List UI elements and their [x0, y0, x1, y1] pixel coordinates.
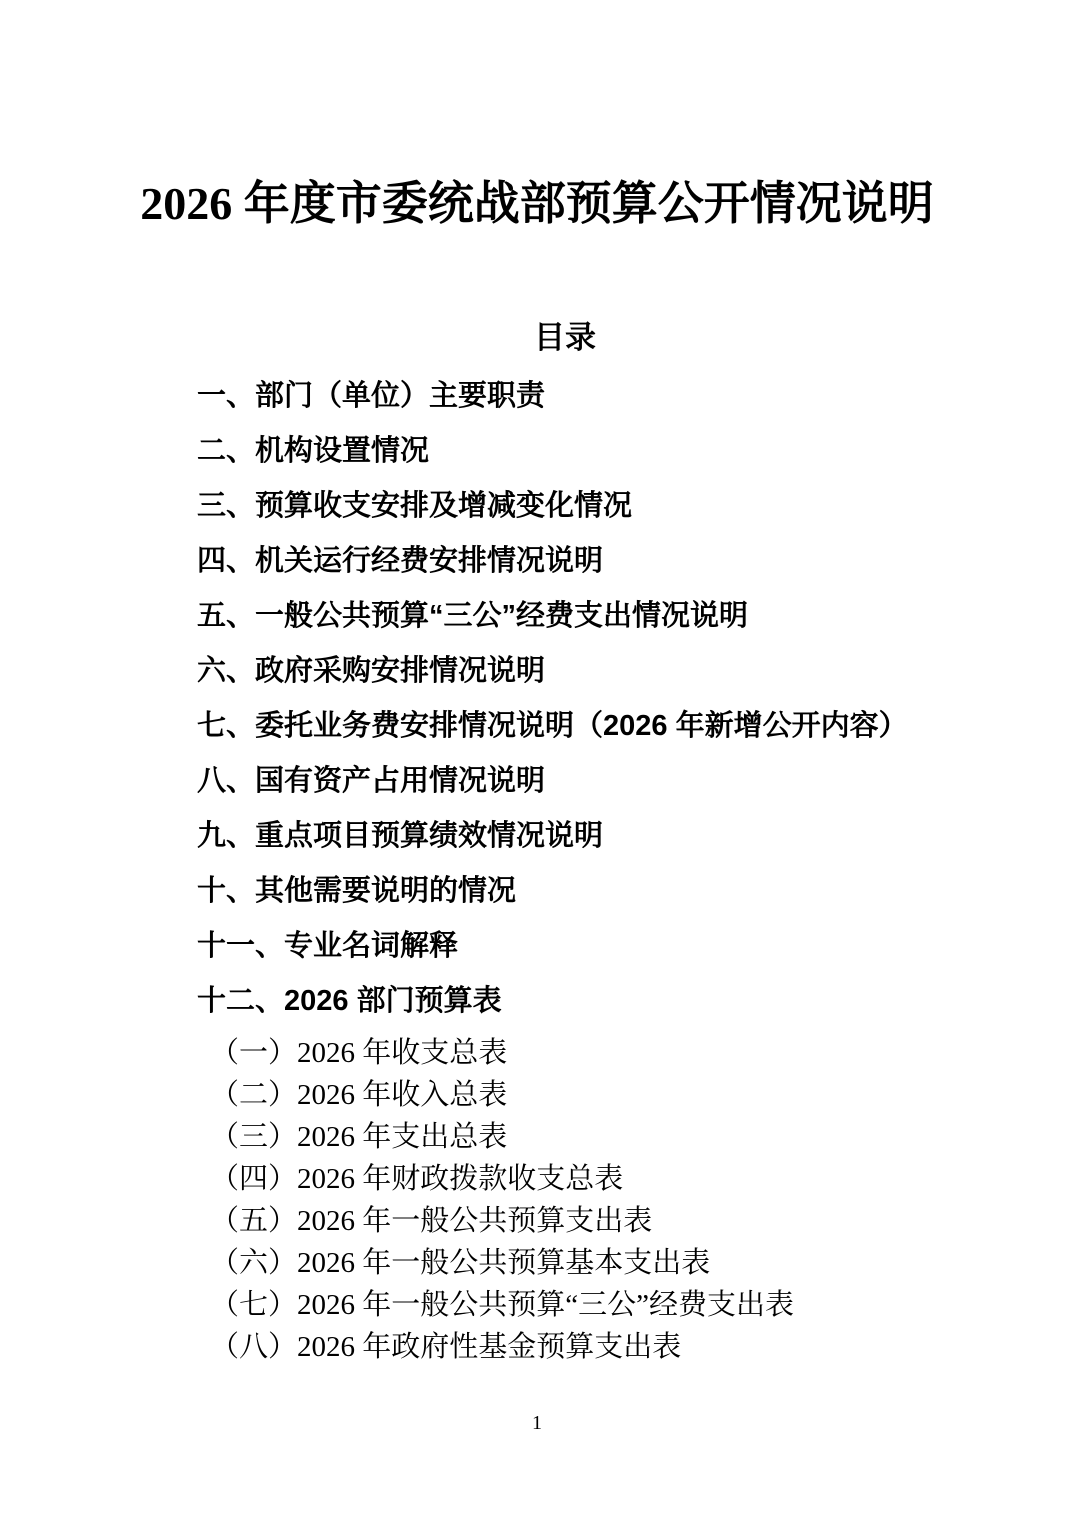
toc-table-item-7: （七）2026 年一般公共预算“三公”经费支出表: [210, 1290, 1074, 1320]
toc-item-5: 五、一般公共预算“三公”经费支出情况说明: [197, 601, 1074, 631]
toc-heading: 目录: [0, 321, 1074, 355]
toc-item-4: 四、机关运行经费安排情况说明: [197, 546, 1074, 576]
toc-item-10: 十、其他需要说明的情况: [197, 876, 1074, 906]
page-footer: 1: [0, 1411, 1074, 1435]
toc-table-item-6: （六）2026 年一般公共预算基本支出表: [210, 1248, 1074, 1278]
title-suffix: 预算公开情况说明: [566, 178, 934, 229]
toc-item-1: 一、部门（单位）主要职责: [197, 381, 1074, 411]
toc-item-7: 七、委托业务费安排情况说明（2026 年新增公开内容）: [197, 711, 1074, 741]
toc-table-list: （一）2026 年收支总表 （二）2026 年收入总表 （三）2026 年支出总…: [0, 1038, 1074, 1362]
page-number: 1: [532, 1412, 542, 1434]
toc-item-2: 二、机构设置情况: [197, 436, 1074, 466]
toc-item-8: 八、国有资产占用情况说明: [197, 766, 1074, 796]
toc-table-item-8: （八）2026 年政府性基金预算支出表: [210, 1332, 1074, 1362]
toc-item-12: 十二、2026 部门预算表: [197, 986, 1074, 1016]
toc-table-item-1: （一）2026 年收支总表: [210, 1038, 1074, 1068]
toc-item-3: 三、预算收支安排及增减变化情况: [197, 491, 1074, 521]
toc-list: 一、部门（单位）主要职责 二、机构设置情况 三、预算收支安排及增减变化情况 四、…: [0, 381, 1074, 1016]
title-year-prefix: 2026 年度: [140, 178, 336, 229]
document-title: 2026 年度市委统战部预算公开情况说明: [0, 172, 1074, 235]
toc-table-item-2: （二）2026 年收入总表: [210, 1080, 1074, 1110]
title-unit-name: 市委统战部: [336, 177, 566, 229]
document-page: 2026 年度市委统战部预算公开情况说明 目录 一、部门（单位）主要职责 二、机…: [0, 0, 1074, 1520]
toc-item-11: 十一、专业名词解释: [197, 931, 1074, 961]
toc-table-item-3: （三）2026 年支出总表: [210, 1122, 1074, 1152]
toc-table-item-4: （四）2026 年财政拨款收支总表: [210, 1164, 1074, 1194]
toc-table-item-5: （五）2026 年一般公共预算支出表: [210, 1206, 1074, 1236]
toc-item-9: 九、重点项目预算绩效情况说明: [197, 821, 1074, 851]
toc-item-6: 六、政府采购安排情况说明: [197, 656, 1074, 686]
